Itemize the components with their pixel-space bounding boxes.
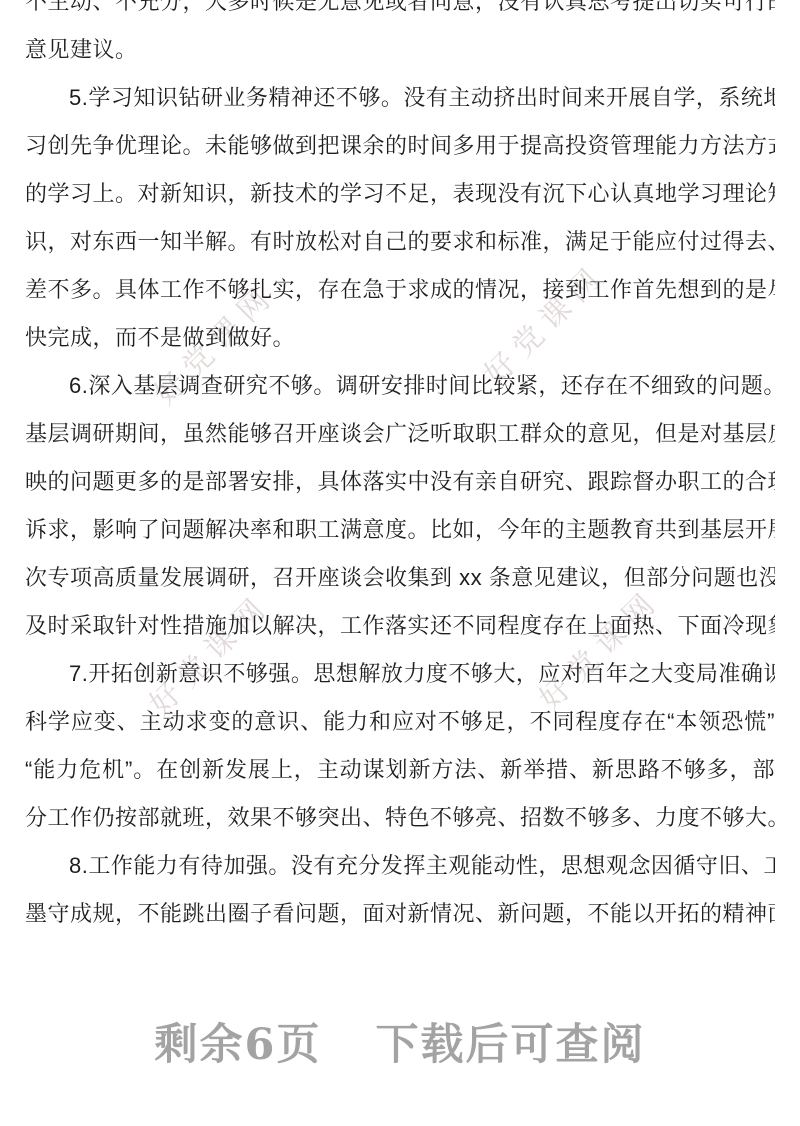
document-line: 6.深入基层调查研究不够。调研安排时间比较紧，还存在不细致的问题。到 bbox=[25, 362, 775, 410]
document-line: 快完成，而不是做到做好。 bbox=[25, 314, 775, 362]
document-line: 及时采取针对性措施加以解决，工作落实还不同程度存在上面热、下面冷现象。 bbox=[25, 602, 775, 650]
document-line: 意见建议。 bbox=[25, 26, 775, 74]
document-page: 好党课网好党课网好党课网好党课网 不主动、不充分，大多时候是无意见或者同意，没有… bbox=[0, 0, 800, 1126]
document-line: 7.开拓创新意识不够强。思想解放力度不够大，应对百年之大变局准确识变、 bbox=[25, 650, 775, 698]
document-line: 的学习上。对新知识，新技术的学习不足，表现没有沉下心认真地学习理论知 bbox=[25, 170, 775, 218]
document-line: 映的问题更多的是部署安排，具体落实中没有亲自研究、跟踪督办职工的合理 bbox=[25, 458, 775, 506]
document-line: 不主动、不充分，大多时候是无意见或者同意，没有认真思考提出切实可行的 bbox=[25, 0, 775, 26]
document-line: 科学应变、主动求变的意识、能力和应对不够足，不同程度存在“本领恐慌” bbox=[25, 698, 775, 746]
document-line: 诉求，影响了问题解决率和职工满意度。比如，今年的主题教育共到基层开展 x bbox=[25, 506, 775, 554]
document-line: 习创先争优理论。未能够做到把课余的时间多用于提高投资管理能力方法方式 bbox=[25, 122, 775, 170]
document-line: 5.学习知识钻研业务精神还不够。没有主动挤出时间来开展自学，系统地学 bbox=[25, 74, 775, 122]
download-hint: 下载后可查阅 bbox=[375, 1020, 645, 1070]
document-line: 8.工作能力有待加强。没有充分发挥主观能动性，思想观念因循守旧、工作 bbox=[25, 842, 775, 890]
document-line: 次专项高质量发展调研，召开座谈会收集到 xx 条意见建议，但部分问题也没有 bbox=[25, 554, 775, 602]
document-line: 墨守成规，不能跳出圈子看问题，面对新情况、新问题，不能以开拓的精神面 bbox=[25, 890, 775, 938]
document-body: 不主动、不充分，大多时候是无意见或者同意，没有认真思考提出切实可行的意见建议。5… bbox=[25, 0, 775, 938]
document-line: “能力危机”。在创新发展上，主动谋划新方法、新举措、新思路不够多，部 bbox=[25, 746, 775, 794]
document-line: 差不多。具体工作不够扎实，存在急于求成的情况，接到工作首先想到的是尽 bbox=[25, 266, 775, 314]
document-line: 基层调研期间，虽然能够召开座谈会广泛听取职工群众的意见，但是对基层反 bbox=[25, 410, 775, 458]
remaining-pages-count: 剩余6页 bbox=[155, 1020, 322, 1070]
remaining-pages-notice: 剩余6页下载后可查阅 bbox=[0, 1014, 800, 1076]
document-line: 分工作仍按部就班，效果不够突出、特色不够亮、招数不够多、力度不够大。 bbox=[25, 794, 775, 842]
document-line: 识，对东西一知半解。有时放松对自己的要求和标准，满足于能应付过得去、 bbox=[25, 218, 775, 266]
